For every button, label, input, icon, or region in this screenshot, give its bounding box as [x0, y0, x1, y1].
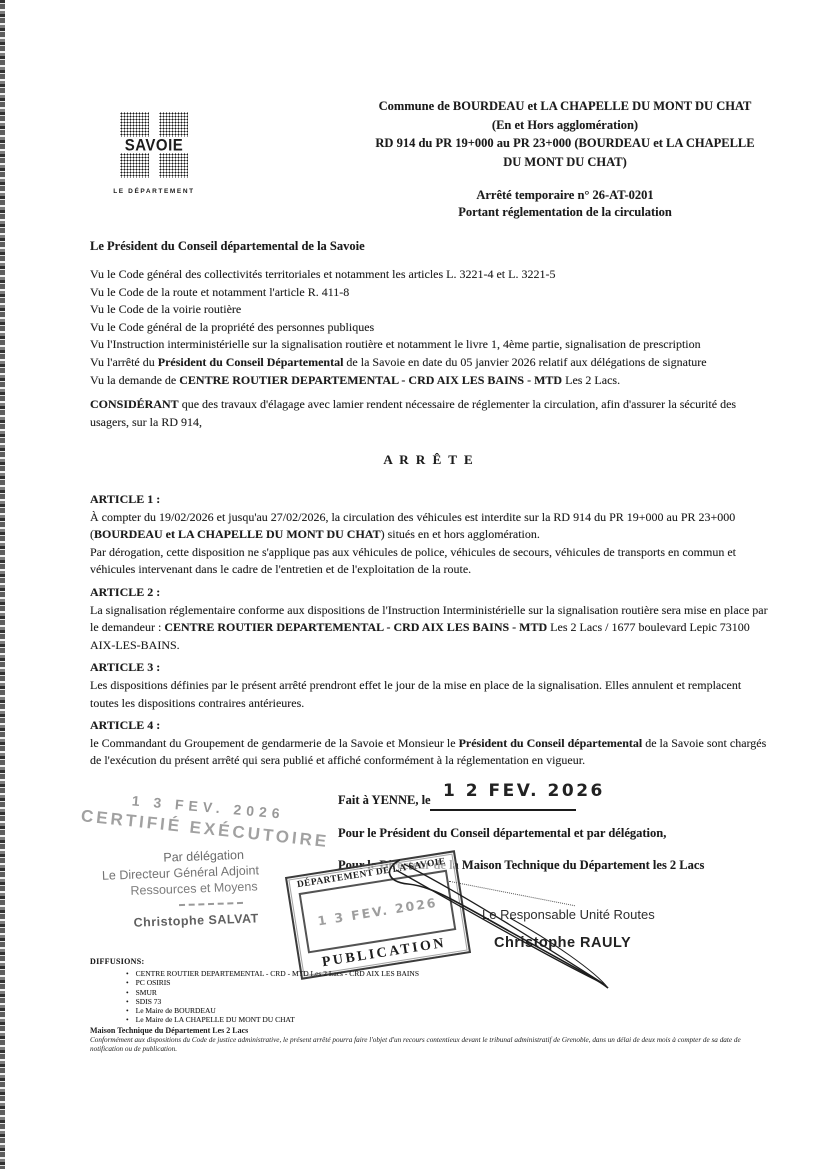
agglomeration-line: (En et Hors agglomération) [365, 116, 765, 135]
logo-subtitle: LE DÉPARTEMENT [112, 188, 196, 195]
article-1: ARTICLE 1 : À compter du 19/02/2026 et j… [90, 491, 772, 579]
scanned-arrete-document: SAVOIE LE DÉPARTEMENT Commune de BOURDEA… [0, 0, 827, 1169]
diffusions-list: CENTRE ROUTIER DEPARTEMENTAL - CRD - MTD… [126, 969, 690, 1025]
footer-service-name: Maison Technique du Département Les 2 La… [90, 1026, 766, 1035]
vu-item: Vu la demande de CENTRE ROUTIER DEPARTEM… [90, 372, 772, 390]
article-paragraph: Par dérogation, cette disposition ne s'a… [90, 544, 772, 579]
article-title: ARTICLE 3 : [90, 659, 772, 677]
ressources-moyens-line: Ressources et Moyens [130, 879, 258, 897]
diffusion-item: Le Maire de LA CHAPELLE DU MONT DU CHAT [126, 1015, 690, 1024]
president-line: Le Président du Conseil départemental de… [90, 239, 365, 254]
header-arrete-title: Arrêté temporaire n° 26-AT-0201 Portant … [365, 187, 765, 221]
vu-item: Vu le Code général des collectivités ter… [90, 266, 772, 284]
arrete-subject: Portant réglementation de la circulation [365, 204, 765, 221]
diffusion-item: Le Maire de BOURDEAU [126, 1006, 690, 1015]
article-3: ARTICLE 3 : Les dispositions définies pa… [90, 659, 772, 712]
diffusion-item: SMUR [126, 988, 690, 997]
footer-legal-text: Conformément aux dispositions du Code de… [90, 1036, 766, 1054]
article-title: ARTICLE 2 : [90, 584, 772, 602]
vu-item: Vu le Code général de la propriété des p… [90, 319, 772, 337]
page-footer: Maison Technique du Département Les 2 La… [90, 1026, 766, 1054]
road-line: RD 914 du PR 19+000 au PR 23+000 (BOURDE… [365, 134, 765, 171]
savoie-department-logo: SAVOIE LE DÉPARTEMENT [112, 112, 196, 195]
par-delegation-line: Par délégation [163, 848, 244, 865]
stamp-dash-line [179, 902, 243, 906]
logo-block [159, 153, 188, 178]
vu-item: Vu l'arrêté du Président du Conseil Dépa… [90, 354, 772, 372]
logo-block [120, 153, 149, 178]
articles-section: ARTICLE 1 : À compter du 19/02/2026 et j… [90, 491, 772, 775]
article-paragraph: le Commandant du Groupement de gendarmer… [90, 735, 772, 770]
article-title: ARTICLE 1 : [90, 491, 772, 509]
article-paragraph: À compter du 19/02/2026 et jusqu'au 27/0… [90, 509, 772, 544]
commune-line: Commune de BOURDEAU et LA CHAPELLE DU MO… [365, 97, 765, 116]
logo-wordmark: SAVOIE [112, 138, 196, 152]
diffusion-item: PC OSIRIS [126, 978, 690, 987]
article-2: ARTICLE 2 : La signalisation réglementai… [90, 584, 772, 654]
article-paragraph: Les dispositions définies par le présent… [90, 677, 772, 712]
vu-item: Vu le Code de la voirie routière [90, 301, 772, 319]
considerant-paragraph: CONSIDÉRANT que des travaux d'élagage av… [90, 396, 772, 431]
fait-a-line: Fait à YENNE, le [338, 793, 431, 808]
vu-list: Vu le Code général des collectivités ter… [90, 266, 772, 389]
logo-block [159, 112, 188, 137]
logo-block [120, 112, 149, 137]
diffusions-title: DIFFUSIONS: [90, 957, 690, 966]
scan-edge-artifact [0, 0, 5, 1169]
arrete-heading: A R R Ê T E [90, 452, 768, 468]
date-stamp: 1 2 FEV. 2026 [443, 781, 605, 801]
article-paragraph: La signalisation réglementaire conforme … [90, 602, 772, 655]
header-commune-block: Commune de BOURDEAU et LA CHAPELLE DU MO… [365, 97, 765, 171]
vu-item: Vu le Code de la route et notamment l'ar… [90, 284, 772, 302]
diffusions-section: DIFFUSIONS: CENTRE ROUTIER DEPARTEMENTAL… [90, 957, 690, 1025]
vu-item: Vu l'Instruction interministérielle sur … [90, 336, 772, 354]
article-4: ARTICLE 4 : le Commandant du Groupement … [90, 717, 772, 770]
delegation-line: Pour le Président du Conseil département… [338, 826, 666, 841]
diffusion-item: CENTRE ROUTIER DEPARTEMENTAL - CRD - MTD… [126, 969, 690, 978]
logo-mosaic-icon [120, 153, 188, 181]
article-title: ARTICLE 4 : [90, 717, 772, 735]
salvat-name: Christophe SALVAT [133, 911, 259, 929]
arrete-number: Arrêté temporaire n° 26-AT-0201 [365, 187, 765, 204]
diffusion-item: SDIS 73 [126, 997, 690, 1006]
